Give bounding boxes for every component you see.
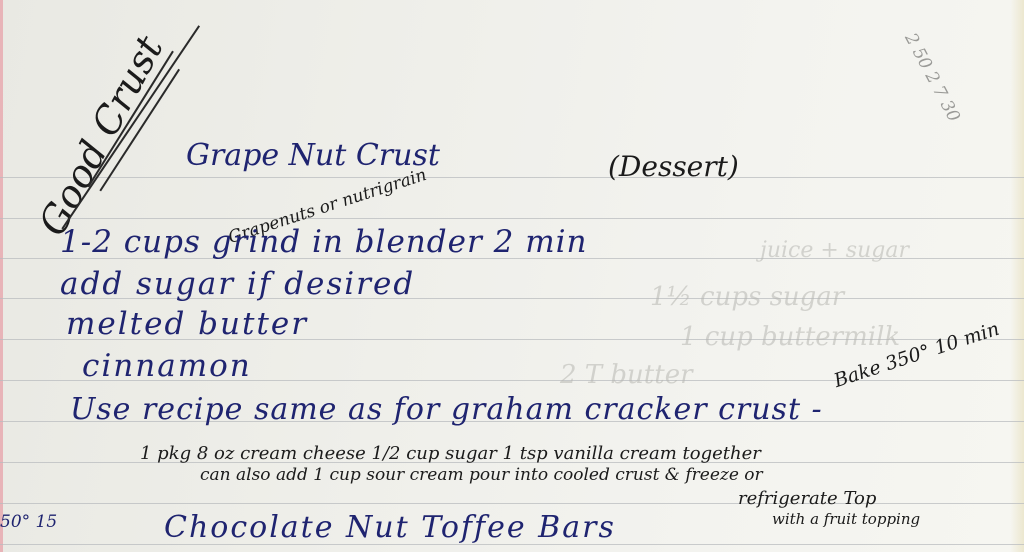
ruled-line	[0, 218, 1024, 219]
bleedthrough-text: 1½ cups sugar	[650, 282, 844, 312]
ingredient-line: cinnamon	[82, 348, 252, 384]
corner-pencil-note: 2 50 2 7 30	[900, 30, 963, 125]
notebook-page: juice + sugar 1½ cups sugar 1 cup butter…	[0, 0, 1024, 552]
instruction-line: Use recipe same as for graham cracker cr…	[70, 392, 823, 427]
filling-line: 1 pkg 8 oz cream cheese 1/2 cup sugar 1 …	[140, 443, 761, 464]
filling-line: refrigerate Top	[738, 488, 876, 509]
bleedthrough-text: juice + sugar	[760, 238, 909, 263]
ingredient-line: melted butter	[66, 306, 308, 342]
recipe-title: Grape Nut Crust	[186, 138, 440, 173]
next-recipe-title: Chocolate Nut Toffee Bars	[164, 510, 616, 545]
filling-line: with a fruit topping	[772, 510, 920, 528]
ruled-line	[0, 177, 1024, 178]
side-note: Good Crust	[30, 29, 172, 243]
bleedthrough-text: 2 T butter	[560, 360, 693, 390]
ingredient-line: add sugar if desired	[60, 266, 415, 302]
margin-line	[0, 0, 3, 552]
ingredient-line: 1-2 cups grind in blender 2 min	[60, 224, 587, 260]
filling-line: can also add 1 cup sour cream pour into …	[200, 465, 763, 485]
page-edge	[1010, 0, 1024, 552]
bleedthrough-text: 1 cup buttermilk	[680, 322, 900, 352]
margin-note: 50° 15	[0, 512, 57, 532]
recipe-category: (Dessert)	[608, 150, 739, 183]
